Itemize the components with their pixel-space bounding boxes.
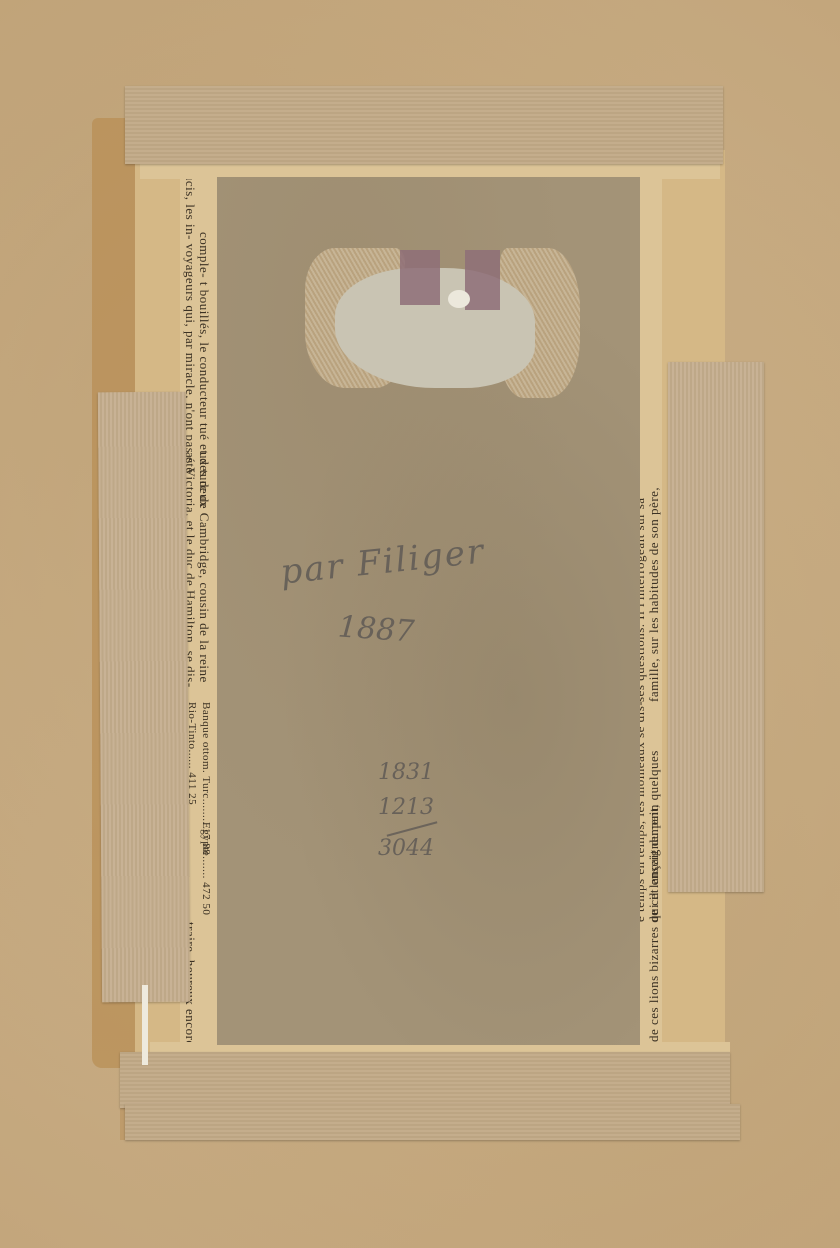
newspaper-text-line: ux turc de Cambridge, cousin de la reine xyxy=(196,452,212,683)
inventory-number: 1213 xyxy=(378,795,434,820)
paper-tape-left xyxy=(98,392,190,1003)
paper-tape-right xyxy=(668,362,764,892)
paper-tape-top xyxy=(125,86,723,164)
newspaper-text-line: famille, sur les habitudes de son père, xyxy=(646,487,662,702)
paper-tape-bottom xyxy=(120,1052,730,1108)
white-spot xyxy=(448,290,470,308)
torn-canvas-area xyxy=(300,228,580,403)
inventory-number: 1831 xyxy=(378,760,434,785)
newspaper-text-line: Egypte....... 472 50 xyxy=(200,822,212,915)
white-edge-strip xyxy=(142,985,148,1065)
year-inscription: 1887 xyxy=(337,609,416,649)
newspaper-text-line: de ces lions bizarres de cet enseignemen… xyxy=(646,804,662,1042)
purple-paint-stain xyxy=(465,250,500,310)
purple-paint-stain xyxy=(400,250,440,305)
inventory-number: 3044 xyxy=(378,836,434,861)
paper-tape-bottom-lower xyxy=(125,1104,740,1140)
